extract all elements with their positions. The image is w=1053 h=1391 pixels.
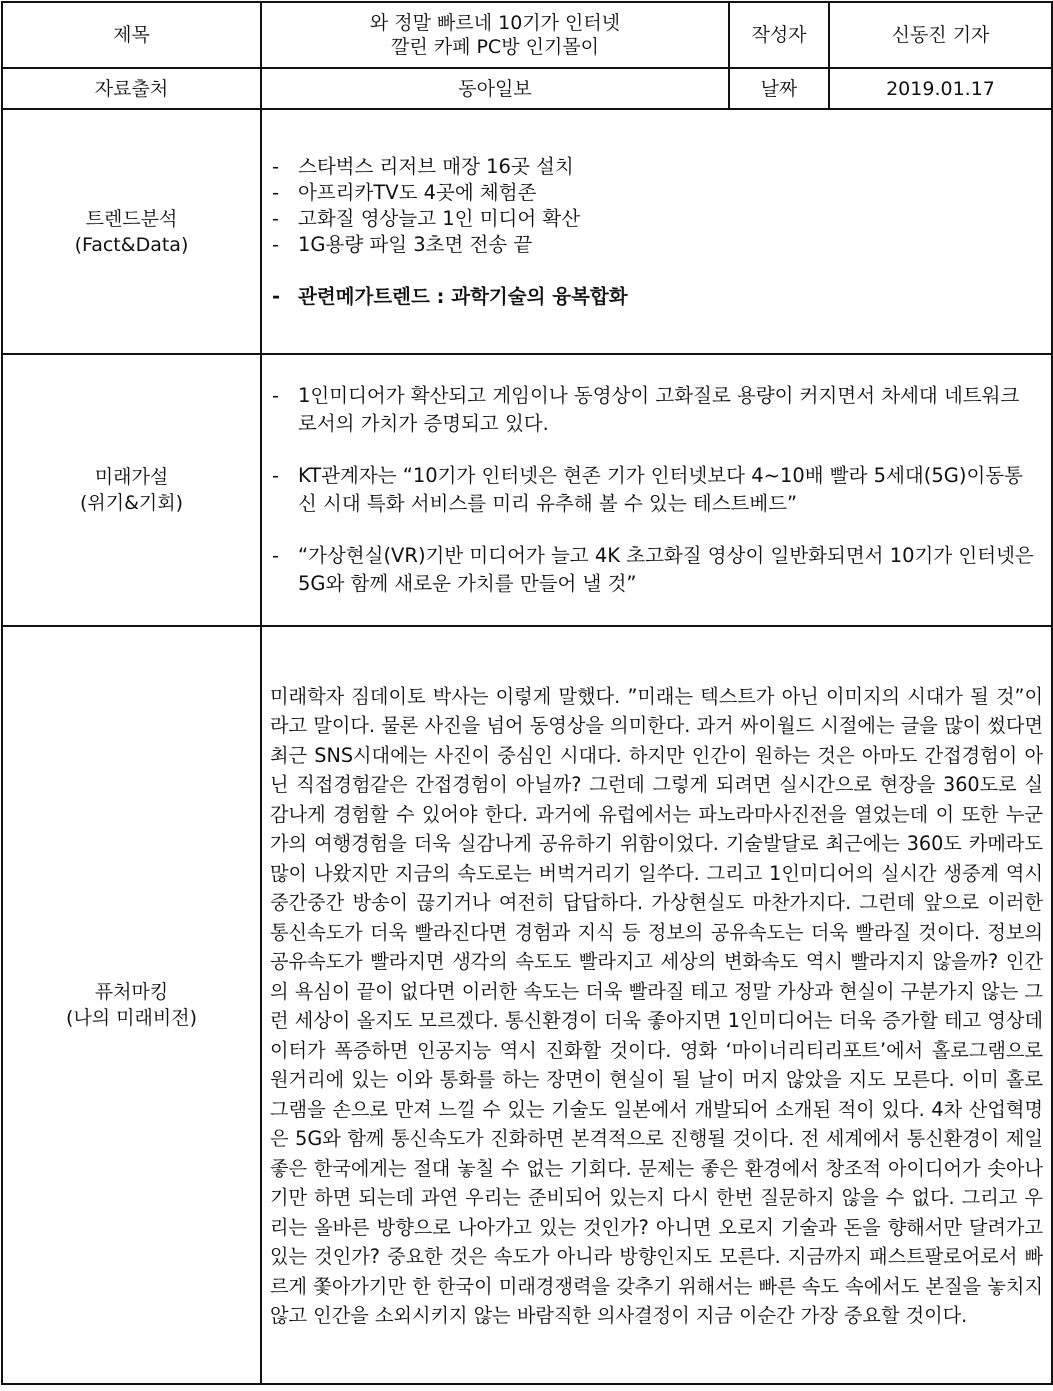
trend-content-cell: 스타벅스 리저브 매장 16곳 설치 아프리카TV도 4곳에 체험존 고화질 영…	[261, 109, 1052, 354]
hypothesis-row: 미래가설 (위기&기회) 1인미디어가 확산되고 게임이나 동영상이 고화질로 …	[2, 354, 1052, 626]
hypothesis-label: 미래가설	[3, 464, 260, 490]
author-label: 작성자	[751, 24, 806, 46]
author-label-cell: 작성자	[729, 2, 829, 68]
trend-item: 1G용량 파일 3초면 전송 끝	[272, 232, 1037, 258]
hypothesis-sublabel: (위기&기회)	[3, 490, 260, 516]
trend-list: 스타벅스 리저브 매장 16곳 설치 아프리카TV도 4곳에 체험존 고화질 영…	[262, 154, 1051, 310]
source-label-cell: 자료출처	[2, 68, 261, 109]
date-label-cell: 날짜	[729, 68, 829, 109]
title-line-2: 깔린 카페 PC방 인기몰이	[262, 35, 728, 59]
hypothesis-label-cell: 미래가설 (위기&기회)	[2, 354, 261, 626]
trend-item: 아프리카TV도 4곳에 체험존	[272, 180, 1037, 206]
megatrend-item: 관련메가트렌드 : 과학기술의 융복합화	[272, 284, 1037, 310]
trend-label: 트렌드분석	[3, 206, 260, 232]
trend-row: 트렌드분석 (Fact&Data) 스타벅스 리저브 매장 16곳 설치 아프리…	[2, 109, 1052, 354]
trend-item: 고화질 영상늘고 1인 미디어 확산	[272, 206, 1037, 232]
author-value: 신동진 기자	[892, 24, 990, 46]
title-value-cell: 와 정말 빠르네 10기가 인터넷 깔린 카페 PC방 인기몰이	[261, 2, 729, 68]
trend-label-cell: 트렌드분석 (Fact&Data)	[2, 109, 261, 354]
source-label: 자료출처	[95, 78, 168, 100]
future-sublabel: (나의 미래비전)	[3, 1005, 260, 1031]
source-value: 동아일보	[458, 78, 531, 100]
hypothesis-content-cell: 1인미디어가 확산되고 게임이나 동영상이 고화질로 용량이 커지면서 차세대 …	[261, 354, 1052, 626]
title-row: 제목 와 정말 빠르네 10기가 인터넷 깔린 카페 PC방 인기몰이 작성자 …	[2, 2, 1052, 68]
date-label: 날짜	[761, 78, 798, 100]
hypothesis-item: KT관계자는 “10기가 인터넷은 현존 기가 인터넷보다 4~10배 빨라 5…	[272, 462, 1037, 518]
date-value-cell: 2019.01.17	[829, 68, 1052, 109]
hypothesis-item: “가상현실(VR)기반 미디어가 늘고 4K 초고화질 영상이 일반화되면서 1…	[272, 542, 1037, 598]
title-label-cell: 제목	[2, 2, 261, 68]
future-content-cell: 미래학자 짐데이토 박사는 이렇게 말했다. ”미래는 텍스트가 아닌 이미지의…	[261, 626, 1052, 1384]
trend-sublabel: (Fact&Data)	[3, 232, 260, 258]
title-line-1: 와 정말 빠르네 10기가 인터넷	[262, 11, 728, 35]
title-label: 제목	[113, 24, 150, 46]
date-value: 2019.01.17	[886, 78, 995, 100]
future-essay: 미래학자 짐데이토 박사는 이렇게 말했다. ”미래는 텍스트가 아닌 이미지의…	[262, 680, 1051, 1331]
future-label: 퓨처마킹	[3, 979, 260, 1005]
hypothesis-item: 1인미디어가 확산되고 게임이나 동영상이 고화질로 용량이 커지면서 차세대 …	[272, 382, 1037, 438]
source-row: 자료출처 동아일보 날짜 2019.01.17	[2, 68, 1052, 109]
author-value-cell: 신동진 기자	[829, 2, 1052, 68]
source-value-cell: 동아일보	[261, 68, 729, 109]
future-report-table: 제목 와 정말 빠르네 10기가 인터넷 깔린 카페 PC방 인기몰이 작성자 …	[1, 1, 1053, 1385]
future-row: 퓨처마킹 (나의 미래비전) 미래학자 짐데이토 박사는 이렇게 말했다. ”미…	[2, 626, 1052, 1384]
trend-item: 스타벅스 리저브 매장 16곳 설치	[272, 154, 1037, 180]
hypothesis-list: 1인미디어가 확산되고 게임이나 동영상이 고화질로 용량이 커지면서 차세대 …	[262, 382, 1051, 598]
future-label-cell: 퓨처마킹 (나의 미래비전)	[2, 626, 261, 1384]
